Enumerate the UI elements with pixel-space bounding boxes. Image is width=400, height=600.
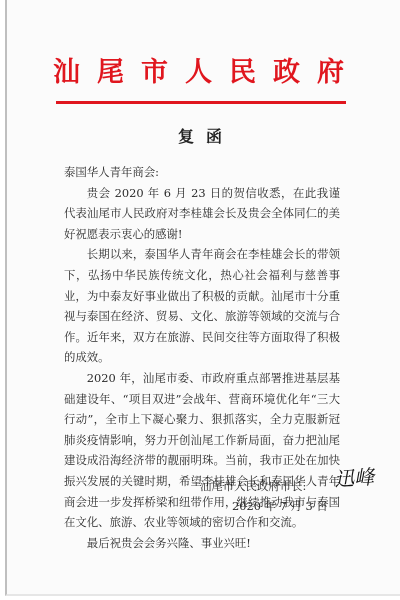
paragraph-4: 最后祝贵会会务兴隆、事业兴旺! (64, 533, 340, 554)
handwritten-signature: 迅峰 (333, 461, 375, 493)
paragraph-2: 长期以来，泰国华人青年商会在李桂雄会长的带领下，弘扬中华民族传统文化，热心社会福… (64, 244, 340, 368)
document-title: 复函 (0, 124, 400, 147)
organization-title: 汕尾市人民政府 (0, 50, 400, 89)
red-header-rule (56, 101, 346, 104)
paragraph-1: 贵会 2020 年 6 月 23 日的贺信收悉，在此我谨代表汕尾市人民政府对李桂… (64, 183, 340, 245)
letter-date: 2020 年 7 月 3 日 (200, 496, 380, 516)
salutation: 泰国华人青年商会: (64, 162, 340, 183)
